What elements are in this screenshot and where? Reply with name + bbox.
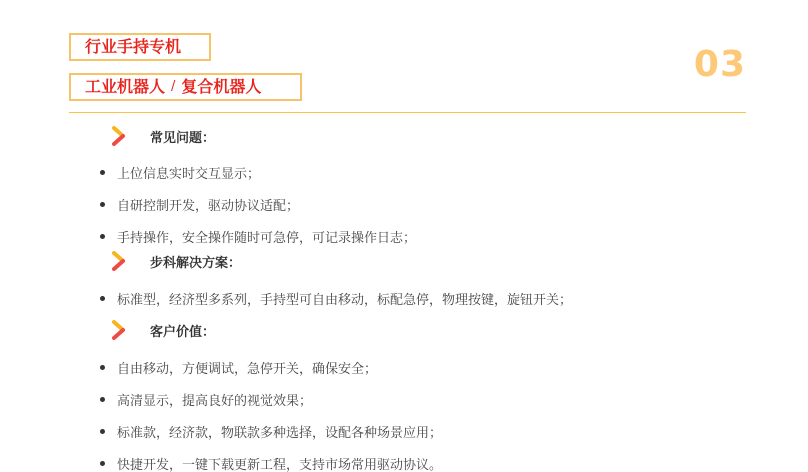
list-item: 手持操作，安全操作随时可急停，可记录操作日志； <box>100 220 416 252</box>
bullet-icon <box>100 234 105 239</box>
bullet-icon <box>100 202 105 207</box>
problems-list: 上位信息实时交互显示； 自研控制开发，驱动协议适配； 手持操作，安全操作随时可急… <box>100 156 416 252</box>
list-item: 标准款，经济款，物联款多种选择，设配各种场景应用； <box>100 415 442 447</box>
chevron-right-icon <box>110 126 128 146</box>
list-item-text: 快捷开发，一键下载更新工程，支持市场常用驱动协议。 <box>117 454 442 472</box>
section-title: 客户价值： <box>150 321 215 340</box>
chevron-right-icon <box>110 320 128 340</box>
list-item-text: 标准型，经济型多系列，手持型可自由移动，标配急停，物理按键，旋钮开关； <box>117 289 572 308</box>
section-heading-solution: 步科解决方案： <box>110 250 241 272</box>
list-item-text: 上位信息实时交互显示； <box>117 163 260 182</box>
list-item: 上位信息实时交互显示； <box>100 156 416 188</box>
category-tag-label: 行业手持专机 <box>85 36 181 58</box>
category-tag-right: 复合机器人 <box>181 76 261 98</box>
list-item-text: 高清显示，提高良好的视觉效果； <box>117 390 312 409</box>
solution-list: 标准型，经济型多系列，手持型可自由移动，标配急停，物理按键，旋钮开关； <box>100 282 572 314</box>
section-heading-value: 客户价值： <box>110 319 215 341</box>
category-tag-left: 工业机器人 <box>85 76 165 98</box>
category-tag-primary: 行业手持专机 <box>69 33 211 61</box>
list-item-text: 标准款，经济款，物联款多种选择，设配各种场景应用； <box>117 422 442 441</box>
bullet-icon <box>100 461 105 466</box>
section-title: 步科解决方案： <box>150 252 241 271</box>
list-item: 高清显示，提高良好的视觉效果； <box>100 383 442 415</box>
list-item-text: 手持操作，安全操作随时可急停，可记录操作日志； <box>117 227 416 246</box>
divider-line <box>69 112 746 113</box>
section-title: 常见问题： <box>150 127 215 146</box>
tag-separator: / <box>171 76 175 98</box>
list-item: 自研控制开发，驱动协议适配； <box>100 188 416 220</box>
bullet-icon <box>100 397 105 402</box>
value-list: 自由移动，方便调试，急停开关，确保安全； 高清显示，提高良好的视觉效果； 标准款… <box>100 351 442 472</box>
list-item: 标准型，经济型多系列，手持型可自由移动，标配急停，物理按键，旋钮开关； <box>100 282 572 314</box>
section-number: 03 <box>694 44 746 85</box>
bullet-icon <box>100 365 105 370</box>
bullet-icon <box>100 296 105 301</box>
category-tag-secondary: 工业机器人 / 复合机器人 <box>69 73 302 101</box>
list-item-text: 自研控制开发，驱动协议适配； <box>117 195 299 214</box>
bullet-icon <box>100 170 105 175</box>
list-item: 自由移动，方便调试，急停开关，确保安全； <box>100 351 442 383</box>
bullet-icon <box>100 429 105 434</box>
section-heading-problems: 常见问题： <box>110 125 215 147</box>
list-item: 快捷开发，一键下载更新工程，支持市场常用驱动协议。 <box>100 447 442 472</box>
chevron-right-icon <box>110 251 128 271</box>
list-item-text: 自由移动，方便调试，急停开关，确保安全； <box>117 358 377 377</box>
